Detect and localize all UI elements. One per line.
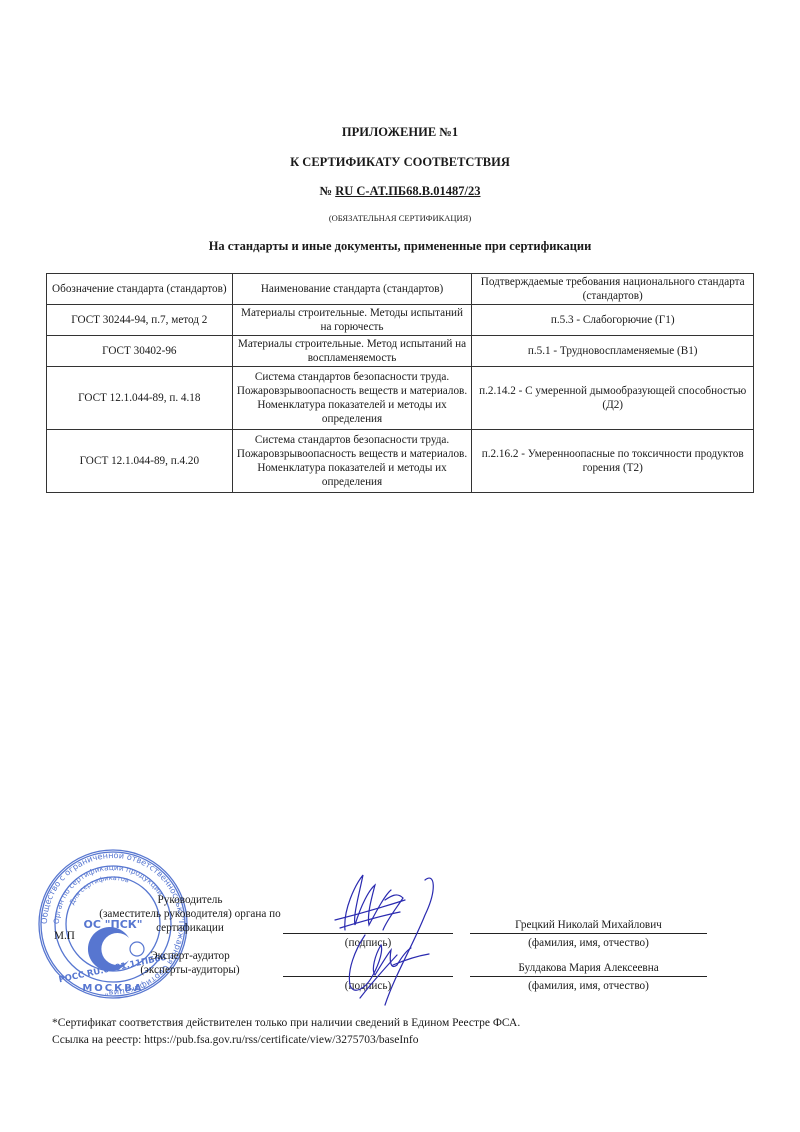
name-line-2	[470, 976, 707, 977]
seal-place-label: М.П	[54, 929, 75, 943]
role-line: (заместитель руководителя) органа по	[70, 907, 310, 921]
expert-auditor-label: Эксперт-аудитор (эксперты-аудиторы)	[70, 949, 310, 977]
cell-name: Материалы строительные. Методы испытаний…	[232, 305, 472, 336]
auditor-name: Булдакова Мария Алексеевна	[470, 961, 707, 975]
cell-name: Система стандартов безопасности труда. П…	[232, 430, 472, 493]
cell-designation: ГОСТ 12.1.044-89, п.4.20	[47, 430, 233, 493]
table-row: ГОСТ 30402-96 Материалы строительные. Ме…	[47, 336, 754, 367]
cell-name: Система стандартов безопасности труда. П…	[232, 367, 472, 430]
standards-table: Обозначение стандарта (стандартов) Наиме…	[46, 273, 754, 493]
cell-requirement: п.5.1 - Трудновоспламеняемые (В1)	[472, 336, 754, 367]
number-sign: №	[320, 184, 333, 198]
cell-requirement: п.5.3 - Слабогорючие (Г1)	[472, 305, 754, 336]
certification-type: (ОБЯЗАТЕЛЬНАЯ СЕРТИФИКАЦИЯ)	[0, 213, 800, 223]
section-heading: На стандарты и иные документы, примененн…	[0, 239, 800, 254]
appendix-title: ПРИЛОЖЕНИЕ №1	[0, 125, 800, 140]
role-line: Руководитель	[70, 893, 310, 907]
table-row: ГОСТ 30244-94, п.7, метод 2 Материалы ст…	[47, 305, 754, 336]
cell-name: Материалы строительные. Метод испытаний …	[232, 336, 472, 367]
handwritten-signature-icon	[325, 870, 445, 1010]
cell-designation: ГОСТ 12.1.044-89, п. 4.18	[47, 367, 233, 430]
registry-link-label: Ссылка на реестр:	[52, 1034, 141, 1046]
certificate-number-line: № RU C-AT.ПБ68.В.01487/23	[0, 184, 800, 199]
cell-requirement: п.2.14.2 - С умеренной дымообразующей сп…	[472, 367, 754, 430]
role-line: Эксперт-аудитор	[70, 949, 310, 963]
name-line-1	[470, 933, 707, 934]
cell-requirement: п.2.16.2 - Умеренноопасные по токсичност…	[472, 430, 754, 493]
table-row: ГОСТ 12.1.044-89, п. 4.18 Система станда…	[47, 367, 754, 430]
registry-link-line: Ссылка на реестр: https://pub.fsa.gov.ru…	[52, 1033, 418, 1047]
cell-designation: ГОСТ 30402-96	[47, 336, 233, 367]
name-caption-2: (фамилия, имя, отчество)	[470, 979, 707, 993]
role-line: сертификации	[70, 921, 310, 935]
cell-designation: ГОСТ 30244-94, п.7, метод 2	[47, 305, 233, 336]
svg-text:МОСКВА: МОСКВА	[82, 983, 143, 994]
role-line: (эксперты-аудиторы)	[70, 963, 310, 977]
certificate-number: RU C-AT.ПБ68.В.01487/23	[335, 184, 480, 198]
head-name: Грецкий Николай Михайлович	[470, 918, 707, 932]
head-of-body-label: Руководитель (заместитель руководителя) …	[70, 893, 310, 935]
header-designation: Обозначение стандарта (стандартов)	[47, 274, 233, 305]
header-requirements: Подтверждаемые требования национального …	[472, 274, 754, 305]
header-name: Наименование стандарта (стандартов)	[232, 274, 472, 305]
table-row: ГОСТ 12.1.044-89, п.4.20 Система стандар…	[47, 430, 754, 493]
certificate-title: К СЕРТИФИКАТУ СООТВЕТСТВИЯ	[0, 155, 800, 170]
registry-note: *Сертификат соответствия действителен то…	[52, 1016, 520, 1030]
table-header-row: Обозначение стандарта (стандартов) Наиме…	[47, 274, 754, 305]
name-caption-1: (фамилия, имя, отчество)	[470, 936, 707, 950]
registry-link[interactable]: https://pub.fsa.gov.ru/rss/certificate/v…	[144, 1034, 418, 1046]
